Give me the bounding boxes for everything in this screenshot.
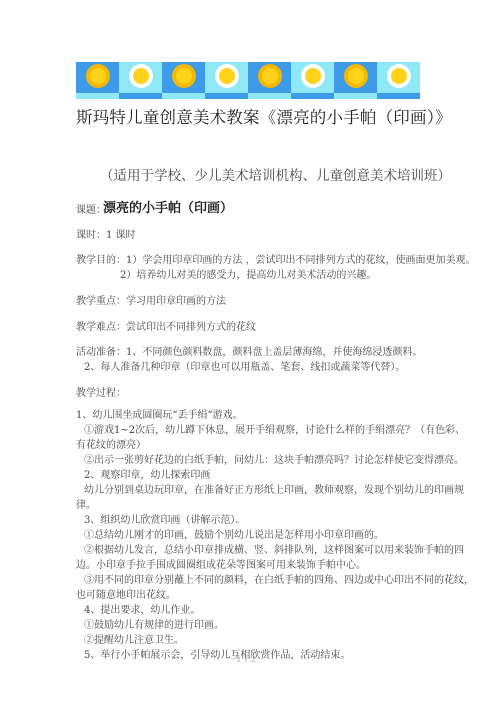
- process-step: 律。: [76, 496, 96, 511]
- sun-icon: [262, 68, 278, 84]
- process-step: ①鼓励幼儿有规律的进行印画。: [84, 616, 224, 631]
- process-step: 边。小印章手拉手围成圆圈组成花朵等图案可用来装饰手帕中心。: [76, 556, 366, 571]
- process-step: 幼儿分别到桌边玩印章，在准备好正方形纸上印画，教师观察，发现个别幼儿的印画规: [84, 481, 464, 496]
- process-step: ②出示一张剪好花边的白纸手帕，问幼儿：这块手帕漂亮吗？讨论怎样使它变得漂亮。: [84, 451, 464, 466]
- decorative-banner: [76, 62, 420, 99]
- sun-icon: [305, 68, 321, 84]
- sun-tile: [291, 62, 334, 99]
- wave-decoration: [377, 93, 420, 99]
- course-label: 课题：: [76, 201, 106, 216]
- wave-decoration: [248, 93, 291, 99]
- process-step: 3、组织幼儿欣赏印画（讲解示范）。: [84, 511, 245, 526]
- process-step: 也可随意地印出花纹。: [76, 586, 176, 601]
- difficulty: 教学难点：尝试印出不同排列方式的花纹: [76, 318, 256, 333]
- sun-tile: [162, 62, 205, 99]
- wave-decoration: [291, 93, 334, 99]
- wave-decoration: [119, 93, 162, 99]
- process-step: 5、举行小手帕展示会，引导幼儿互相欣赏作品，活动结束。: [84, 646, 350, 661]
- page-indicator: 1 / 2: [236, 655, 256, 665]
- sun-tile: [334, 62, 377, 99]
- sun-icon: [391, 68, 407, 84]
- preparation-2: 2、每人准备几种印章（印章也可以用瓶盖、笔套、线扣或蔬菜等代替）。: [84, 358, 405, 373]
- process-label: 教学过程：: [76, 384, 126, 399]
- sun-tile: [248, 62, 291, 99]
- sun-icon: [348, 68, 364, 84]
- sun-tile: [119, 62, 162, 99]
- sun-icon: [133, 68, 149, 84]
- sun-tile: [76, 62, 119, 99]
- key-point: 教学重点：学习用印章印画的方法: [76, 292, 226, 307]
- teaching-goal-2: 2）培养幼儿对美的感受力，提高幼儿对美术活动的兴趣。: [120, 266, 376, 281]
- process-step: ②根据幼儿发言，总结小印章排成横、竖、斜排队列，这样图案可以用来装饰手帕的四: [84, 541, 464, 556]
- document-title: 斯玛特儿童创意美术教案《漂亮的小手帕（印画）》: [76, 104, 452, 128]
- wave-decoration: [162, 93, 205, 99]
- sun-tile: [377, 62, 420, 99]
- wave-decoration: [205, 93, 248, 99]
- process-step: 4、提出要求，幼儿作业。: [84, 601, 200, 616]
- process-step: 有花纹的漂亮）: [76, 436, 146, 451]
- sun-icon: [90, 68, 106, 84]
- preparation-1: 活动准备：1、不同颜色颜料数盘，颜料盘上盖层薄海绵，并使海绵浸透颜料。: [76, 343, 422, 358]
- process-step: ③用不同的印章分别蘸上不同的颜料，在白纸手帕的四角、四边或中心印出不同的花纹，: [84, 571, 474, 586]
- document-subtitle: （适用于学校、少儿美术培训机构、儿童创意美术培训班）: [100, 164, 451, 184]
- sun-tile: [205, 62, 248, 99]
- class-hours: 课时：1 课时: [76, 226, 136, 241]
- wave-decoration: [334, 93, 377, 99]
- wave-decoration: [76, 93, 119, 99]
- course-name: 漂亮的小手帕（印画）: [103, 197, 233, 216]
- process-step: ①总结幼儿刚才的印画，鼓励个别幼儿说出是怎样用小印章印画的。: [84, 526, 384, 541]
- sun-icon: [176, 68, 192, 84]
- process-step: 1、幼儿围坐成圆圈玩“丢手绢”游戏。: [76, 406, 243, 421]
- teaching-goal-1: 教学目的：1）学会用印章印画的方法 ，尝试印出不同排列方式的花纹，使画面更加美观…: [76, 251, 476, 266]
- sun-icon: [219, 68, 235, 84]
- process-step: 2、观察印章，幼儿探索印画: [84, 466, 210, 481]
- process-step: ①游戏1~2次后，幼儿蹲下休息，展开手绢观察，讨论什么样的手绢漂亮？（有色彩、: [84, 421, 465, 436]
- process-step: ②提醒幼儿注意卫生。: [84, 631, 184, 646]
